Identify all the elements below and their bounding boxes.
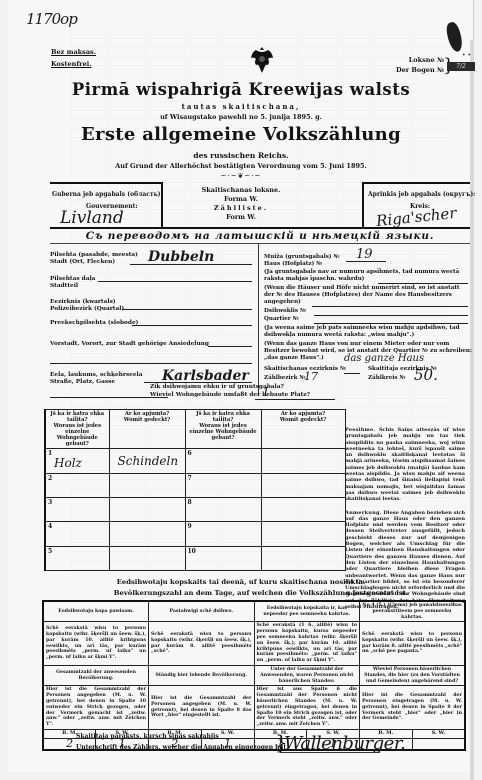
subtitle-german-1: des russischen Reichs.: [0, 151, 482, 160]
summary-title-lv: Eedsihwotaju kopskaits tai deenā, uf kur…: [0, 578, 482, 586]
sheet-number: 7/2: [447, 62, 475, 71]
address-right: Muiža (gruntsgabals) № 19 Haus (Hofplatz…: [264, 248, 472, 408]
lot-label: Muiža (gruntsgabals) №: [264, 254, 340, 261]
table-row: 4 9: [45, 522, 345, 546]
count-district-label-de: Zählbezirk №: [264, 375, 306, 382]
suburb-de-field: Vorstadt, Vorort, zur Stadt gehörige Ans…: [50, 341, 209, 348]
summary-total-row: Gesammtzahl der anwesenden Bevölkerung. …: [43, 665, 465, 685]
free-note-de: Kostenfrei.: [51, 60, 91, 68]
buildings-question-de: Wieviel Wohngebäude umfaßt der bebaute P…: [150, 392, 310, 398]
suburb-lv-field: Preekschpilsehta (slobode): [50, 320, 138, 327]
count-district-value: 17: [304, 370, 318, 383]
archive-number: 1170op: [26, 10, 77, 28]
material-value: Holz: [48, 456, 82, 470]
house-label: Haus (Hofplatz) №: [264, 261, 322, 268]
title-german: Erste allgemeine Volkszählung: [0, 124, 482, 145]
buildings-header-row: Jš ka ir katra ehka tailita?Woraus ist j…: [45, 410, 345, 449]
column-divider: [258, 244, 259, 396]
title-latvian: Pirmā wispahrigā Kreewijas walsts: [0, 80, 482, 99]
ornament-divider: ~·~❦~·~: [0, 172, 482, 180]
summary-desc-row: Schē eerakstā wisu to personu kopskaitu …: [43, 622, 465, 666]
street-field: Eela, laukums, schķehrseela Straße, Plat…: [50, 372, 143, 386]
city-part-field: Pilsehtas daļa Stadtteil: [50, 276, 95, 290]
roof-value: Schindeln: [112, 455, 183, 467]
rule: [255, 399, 335, 400]
col-material: Jš ka ir katra ehka tailita?Woraus ist j…: [185, 410, 261, 449]
whole-house-value: das ganze Haus: [344, 352, 424, 365]
town-value: Dubbeln: [148, 250, 214, 264]
subtitle-german-2: Auf Grund der Allerhöchst bestätigten Ve…: [0, 162, 482, 170]
buildings-table: Jš ka ir katra ehka tailita?Woraus ist j…: [44, 409, 346, 571]
precinct-field: Eezirknis (kwartals) Polizeibezirk (Quar…: [50, 299, 124, 313]
population-summary-table: Eedsihwotaju kopa pawisam. Pastahwigi sc…: [42, 600, 466, 751]
subtitle-latvian-2: uf Wisaugstako pawehli no 5. junija 1895…: [0, 113, 482, 121]
enumerator-signature: Wallenburger.: [284, 733, 405, 754]
peasant-female: [412, 738, 465, 750]
table-row: 5 10: [45, 546, 345, 570]
summary-head-row: Eedsihwotaju kopa pawisam. Pastahwigi sc…: [43, 601, 465, 622]
summary-title-de: Bevölkerungszahl an dem Tage, auf welche…: [20, 589, 482, 597]
summary-expl-row: Hier ist die Gesammtzahl der Personen an…: [43, 686, 465, 730]
table-row: 3 8: [45, 498, 345, 522]
street-value: Karlsbader: [162, 369, 249, 383]
district-box: Aprinkis jeb apgabals (округъ): Kreis: R…: [362, 182, 470, 227]
translation-note: Съ переводомъ на латышскій и нѣмецкій яз…: [50, 227, 470, 244]
apartment-label-de: Quartier №: [264, 316, 299, 323]
signature-label-de: Unterschrift des Zählers, welcher die An…: [76, 744, 288, 751]
free-note-lv: Bez maksas.: [51, 48, 96, 56]
note-latvian: Peesihme. Schis Saiņs atteezās uf wisu g…: [345, 427, 465, 503]
signature-label-lv: Skaititaja paraksts, kursch sinas sakrah…: [76, 733, 219, 740]
count-circle-label: Zählkreis №: [368, 375, 406, 382]
col-roof: Ar ko apjumta?Womit gedeckt?: [261, 410, 345, 449]
table-row: 1Holz Schindeln 6: [45, 449, 345, 473]
col-roof: Ar ko apjumta?Womit gedeckt?: [109, 410, 185, 449]
lot-value: 19: [356, 248, 373, 261]
subtitle-latvian-1: tautas skaitischana,: [0, 102, 482, 111]
table-row: 2 7: [45, 473, 345, 497]
district-label-lv: Aprinkis jeb apgabals (округъ):: [368, 191, 475, 198]
imperial-eagle-icon: [250, 46, 274, 74]
apartment-label-lv: Dsihwoklis №: [264, 308, 306, 315]
col-material: Jš ka ir katra ehka tailita?Woraus ist j…: [45, 410, 109, 449]
stamp-dots: • •: [462, 52, 471, 59]
count-circle-value: 50.: [414, 369, 438, 382]
signature-line: [280, 752, 380, 753]
sheet-label-de: Der Bogen №: [396, 66, 444, 74]
sheet-label-lv: Loksne №: [409, 56, 444, 64]
town-field: Pilsehta (pasahde, meesta) Stadt (Ort, F…: [50, 252, 138, 266]
buildings-count: 1: [262, 385, 270, 399]
